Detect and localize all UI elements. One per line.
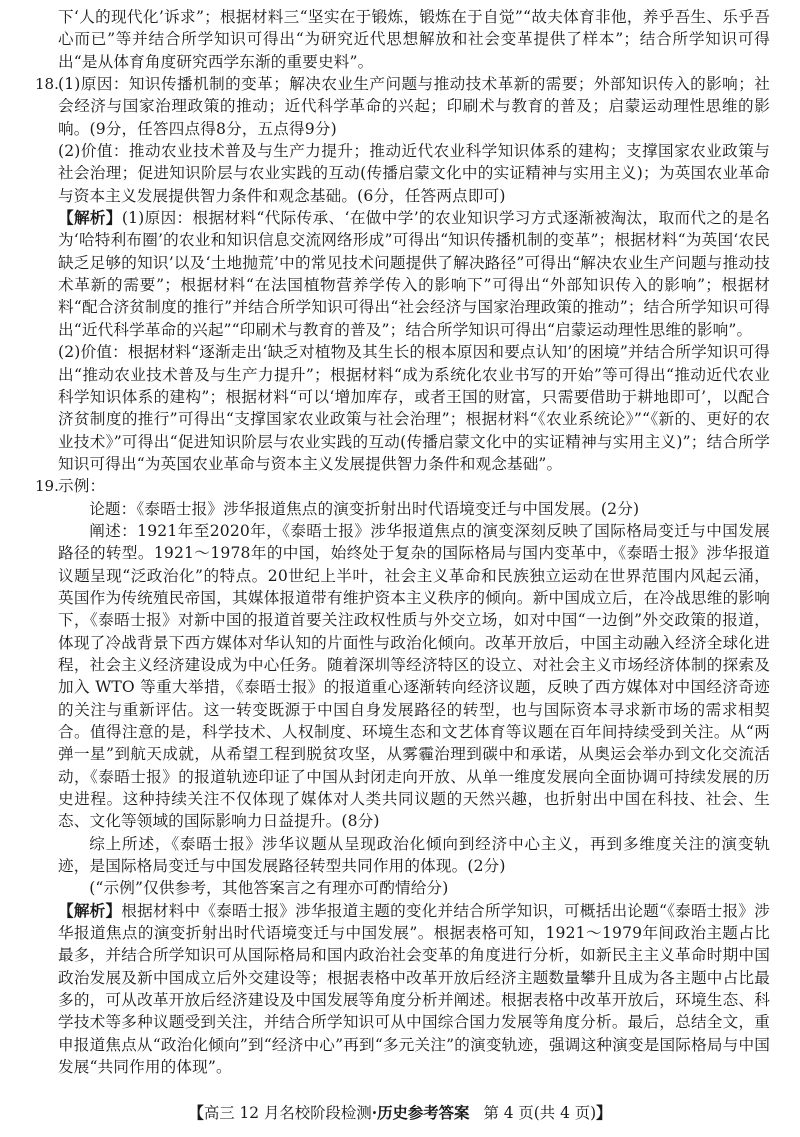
question-19: 19. 示例： 论题：《泰晤士报》涉华报道焦点的演变折射出时代语境变迁与中国发展… (58, 475, 770, 1078)
answer-content: 下‘人的现代化’诉求”；根据材料三“坚实在于锻炼，锻炼在于自觉”“故夫体育非他，… (58, 6, 770, 1079)
q18-analysis-causes: 【解析】(1)原因：根据材料“代际传承、‘在做中学’的农业知识学习方式逐渐被淘汰… (58, 207, 770, 341)
analysis-text: 根据材料中《泰晤士报》涉华报道主题的变化并结合所学知识，可概括出论题“《泰晤士报… (58, 902, 770, 1076)
footer-exam-name: 高三 12 月名校阶段检测 (204, 1104, 372, 1122)
q19-analysis: 【解析】根据材料中《泰晤士报》涉华报道主题的变化并结合所学知识，可概括出论题“《… (58, 900, 770, 1079)
page-footer: 【高三 12 月名校阶段检测·历史参考答案第 4 页(共 4 页)】 (0, 1102, 800, 1124)
q19-elaboration: 阐述：1921年至2020年，《泰晤士报》涉华报道焦点的演变深刻反映了国际格局变… (58, 520, 770, 833)
q18-answer-value: (2)价值：推动农业技术普及与生产力提升；推动近代农业科学知识体系的建构；支撑国… (58, 140, 770, 207)
analysis-tag: 【解析】 (58, 901, 121, 920)
q18-answer-causes: (1)原因：知识传播机制的变革；解决农业生产问题与推动技术革新的需要；外部知识传… (58, 73, 770, 140)
q19-conclusion: 综上所述，《泰晤士报》涉华议题从呈现政治化倾向到经济中心主义，再到多维度关注的演… (58, 833, 770, 878)
q19-thesis: 论题：《泰晤士报》涉华报道焦点的演变折射出时代语境变迁与中国发展。(2分) (58, 498, 770, 520)
question-18: 18. (1)原因：知识传播机制的变革；解决农业生产问题与推动技术革新的需要；外… (58, 73, 770, 475)
question-number: 19. (35, 475, 59, 497)
footer-subject: 历史参考答案 (377, 1104, 469, 1122)
analysis-text: (1)原因：根据材料“代际传承、‘在做中学’的农业知识学习方式逐渐被淘汰，取而代… (58, 209, 770, 339)
answer-page: 下‘人的现代化’诉求”；根据材料三“坚实在于锻炼，锻炼在于自觉”“故夫体育非他，… (0, 0, 800, 1137)
continuation-paragraph: 下‘人的现代化’诉求”；根据材料三“坚实在于锻炼，锻炼在于自觉”“故夫体育非他，… (58, 6, 770, 73)
analysis-tag: 【解析】 (58, 208, 122, 227)
footer-bracket-open: 【 (188, 1104, 203, 1122)
question-number: 18. (35, 73, 59, 95)
q18-analysis-value: (2)价值：根据材料“逐渐走出‘缺乏对植物及其生长的根本原因和要点认知’的困境”… (58, 341, 770, 475)
q19-note: (“示例”仅供参考，其他答案言之有理亦可酌情给分) (58, 877, 770, 899)
footer-page-number: 第 4 页(共 4 页) (483, 1104, 596, 1122)
q19-heading: 示例： (58, 475, 770, 497)
footer-bracket-close: 】 (596, 1104, 611, 1122)
